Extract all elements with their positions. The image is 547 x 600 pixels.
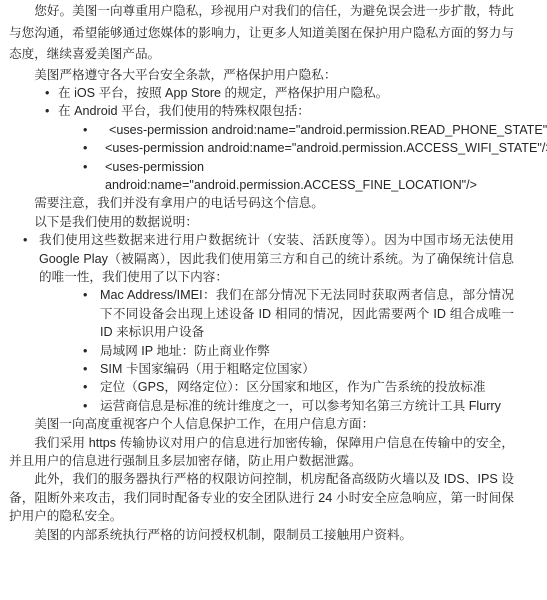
bullet-icon: •: [83, 360, 100, 378]
bullet-icon: •: [83, 139, 105, 157]
bullet-icon: •: [83, 158, 105, 176]
bullet-icon: •: [45, 84, 58, 102]
bullet-icon: •: [45, 102, 58, 120]
list-item-permission-access-fine-location: • <uses-permission android:name="android…: [9, 158, 514, 195]
internal-access-paragraph: 美图的内部系统执行严格的访问授权机制，限制员工接触用户资料。: [9, 526, 514, 544]
bullet-icon: •: [83, 286, 100, 304]
list-item-location: • 定位（GPS，网络定位）：区分国家和地区，作为广告系统的投放标准: [9, 378, 514, 396]
list-item-text: 在 Android 平台，我们使用的特殊权限包括：: [58, 102, 514, 120]
permission-code-text: <uses-permission android:name="android.p…: [105, 139, 514, 157]
bullet-icon: •: [83, 378, 100, 396]
privacy-commitment-paragraph: 美图一向高度重视客户个人信息保护工作，在用户信息方面：: [9, 415, 514, 433]
server-security-paragraph: 此外，我们的服务器执行严格的权限访问控制，机房配备高级防火墙以及 IDS、IPS…: [9, 470, 514, 525]
permission-code-text: <uses-permission android:name="android.p…: [105, 158, 514, 195]
list-item-android: • 在 Android 平台，我们使用的特殊权限包括：: [9, 102, 514, 120]
list-item-permission-access-wifi-state: • <uses-permission android:name="android…: [9, 139, 514, 157]
bullet-icon: •: [83, 397, 100, 415]
encryption-paragraph: 我们采用 https 传输协议对用户的信息进行加密传输，保障用户信息在传输中的安…: [9, 434, 514, 471]
list-item-text: Mac Address/IMEI：我们在部分情况下无法同时获取两者信息，部分情况…: [100, 286, 514, 341]
list-item-permission-read-phone-state: • <uses-permission android:name="android…: [9, 121, 514, 139]
list-item-text: SIM 卡国家编码（用于粗略定位国家）: [100, 360, 514, 378]
list-item-ios: • 在 iOS 平台，按照 App Store 的规定，严格保护用户隐私。: [9, 84, 514, 102]
intro-paragraph: 您好。美图一向尊重用户隐私，珍视用户对我们的信任，为避免误会进一步扩散，特此与您…: [9, 1, 514, 66]
list-item-sim-country-code: • SIM 卡国家编码（用于粗略定位国家）: [9, 360, 514, 378]
bullet-icon: •: [83, 121, 109, 139]
list-item-carrier-info: • 运营商信息是标准的统计维度之一，可以参考知名第三方统计工具 Flurry: [9, 397, 514, 415]
list-item-text: 在 iOS 平台，按照 App Store 的规定，严格保护用户隐私。: [58, 84, 514, 102]
list-item-text: 定位（GPS，网络定位）：区分国家和地区，作为广告系统的投放标准: [100, 378, 514, 396]
list-item-lan-ip: • 局域网 IP 地址：防止商业作弊: [9, 342, 514, 360]
list-item-text: 运营商信息是标准的统计维度之一，可以参考知名第三方统计工具 Flurry: [100, 397, 514, 415]
phone-number-note: 需要注意，我们并没有拿用户的电话号码这个信息。: [9, 194, 514, 212]
document-page: 您好。美图一向尊重用户隐私，珍视用户对我们的信任，为避免误会进一步扩散，特此与您…: [0, 0, 547, 600]
list-item-text: 我们使用这些数据来进行用户数据统计（安装、活跃度等）。因为中国市场无法使用 Go…: [39, 231, 514, 286]
data-usage-heading: 以下是我们使用的数据说明：: [9, 213, 514, 231]
list-item-statistics: • 我们使用这些数据来进行用户数据统计（安装、活跃度等）。因为中国市场无法使用 …: [9, 231, 514, 286]
platform-policy-heading: 美图严格遵守各大平台安全条款，严格保护用户隐私：: [9, 66, 514, 84]
bullet-icon: •: [23, 231, 39, 249]
bullet-icon: •: [83, 342, 100, 360]
list-item-mac-address-imei: • Mac Address/IMEI：我们在部分情况下无法同时获取两者信息，部分…: [9, 286, 514, 341]
permission-code-text: <uses-permission android:name="android.p…: [109, 121, 514, 139]
list-item-text: 局域网 IP 地址：防止商业作弊: [100, 342, 514, 360]
